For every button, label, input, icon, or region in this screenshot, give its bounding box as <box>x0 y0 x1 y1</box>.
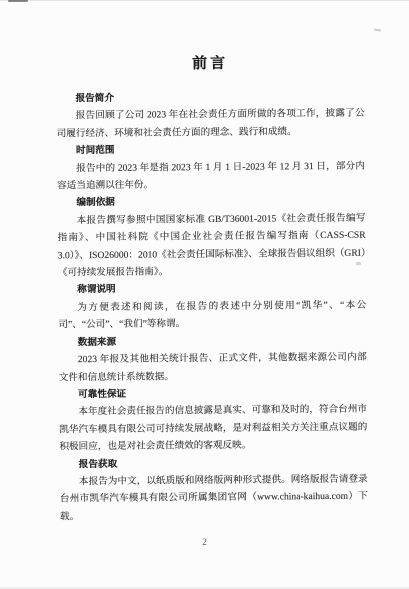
section-body: 报告回顾了公司 2023 年在社会责任方面所做的各项工作，披露了公司履行经济、环… <box>56 105 364 142</box>
section-body: 本年度社会责任报告的信息披露是真实、可靠和及时的，符合台州市凯华汽车模具有限公司… <box>59 401 367 456</box>
document-content: 前言 报告简介 报告回顾了公司 2023 年在社会责任方面所做的各项工作，披露了… <box>56 53 368 526</box>
section-body: 为方便表述和阅读，在报告的表述中分别使用“凯华”、“本公司”、“公司”、“我们”… <box>58 297 366 334</box>
section-reliability: 可靠性保证 本年度社会责任报告的信息披露是真实、可靠和及时的，符合台州市凯华汽车… <box>59 384 368 456</box>
section-report-intro: 报告简介 报告回顾了公司 2023 年在社会责任方面所做的各项工作，披露了公司履… <box>56 88 364 143</box>
page-title: 前言 <box>56 53 364 76</box>
section-body: 报告中的 2023 年是指 2023 年 1 月 1 日-2023 年 12 月… <box>57 157 365 194</box>
section-body: 本报告撰写参照中国国家标准 GB/T36001-2015《社会责任报告编写指南》… <box>57 209 366 281</box>
scan-artifact-speck <box>374 29 381 32</box>
page-number: 2 <box>0 537 409 547</box>
section-body: 本报告为中文，以纸质版和网络版两种形式提供。网络版报告请登录台州市凯华汽车模具有… <box>60 471 368 526</box>
section-data-source: 数据来源 2023 年报及其他相关统计报告、正式文件，其他数据来源公司内部文件和… <box>58 331 366 386</box>
section-appellation: 称谓说明 为方便表述和阅读，在报告的表述中分别使用“凯华”、“本公司”、“公司”… <box>58 279 366 334</box>
section-body: 2023 年报及其他相关统计报告、正式文件，其他数据来源公司内部文件和信息统计系… <box>59 349 367 386</box>
section-compilation-basis: 编制依据 本报告撰写参照中国国家标准 GB/T36001-2015《社会责任报告… <box>57 192 366 282</box>
scan-artifact-top-edge <box>0 0 409 1</box>
scan-artifact-top-dash <box>8 0 28 2</box>
scanned-document-page: 前言 报告简介 报告回顾了公司 2023 年在社会责任方面所做的各项工作，披露了… <box>0 0 409 589</box>
section-time-range: 时间范围 报告中的 2023 年是指 2023 年 1 月 1 日-2023 年… <box>57 140 365 195</box>
section-report-access: 报告获取 本报告为中文，以纸质版和网络版两种形式提供。网络版报告请登录台州市凯华… <box>60 453 369 525</box>
